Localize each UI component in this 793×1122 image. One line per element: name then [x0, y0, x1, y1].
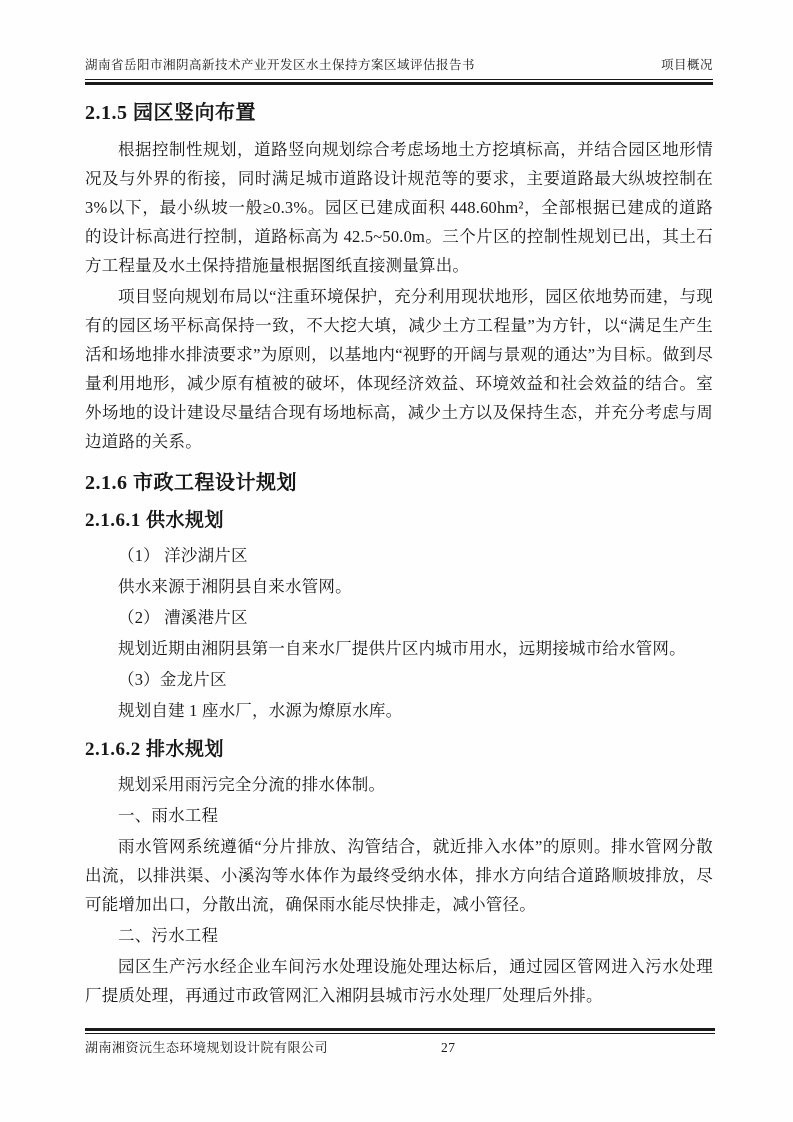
- subsection-heading: 2.1.6.1 供水规划: [85, 508, 713, 533]
- running-header: 湖南省岳阳市湘阴高新技术产业开发区水土保持方案区域评估报告书 项目概况: [85, 0, 713, 85]
- footer-rule: [85, 1028, 715, 1034]
- paragraph: 一、雨水工程: [85, 801, 713, 830]
- paragraph: 供水来源于湘阴县自来水管网。: [85, 572, 713, 601]
- paragraph: 二、污水工程: [85, 921, 713, 950]
- section-heading: 2.1.6 市政工程设计规划: [85, 470, 713, 496]
- paragraph: （1） 洋沙湖片区: [85, 541, 713, 570]
- paragraph: 雨水管网系统遵循“分片排放、沟管结合，就近排入水体”的原则。排水管网分散出流，以…: [85, 832, 713, 919]
- paragraph: （3）金龙片区: [85, 665, 713, 694]
- document-page: 湖南省岳阳市湘阴高新技术产业开发区水土保持方案区域评估报告书 项目概况 2.1.…: [0, 0, 793, 1122]
- paragraph: 规划自建 1 座水厂，水源为燎原水库。: [85, 696, 713, 725]
- document-body: 2.1.5 园区竖向布置根据控制性规划，道路竖向规划综合考虑场地土方挖填标高，并…: [85, 92, 713, 1012]
- subsection-heading: 2.1.6.2 排水规划: [85, 737, 713, 762]
- paragraph: 项目竖向规划布局以“注重环境保护，充分利用现状地形，园区依地势而建，与现有的园区…: [85, 282, 713, 456]
- footer-page-number: 27: [441, 1039, 456, 1056]
- header-rule: [85, 79, 713, 85]
- paragraph: 规划近期由湘阴县第一自来水厂提供片区内城市用水，远期接城市给水管网。: [85, 634, 713, 663]
- header-section-label: 项目概况: [661, 57, 713, 73]
- paragraph: 园区生产污水经企业车间污水处理设施处理达标后，通过园区管网进入污水处理厂提质处理…: [85, 952, 713, 1010]
- paragraph: 规划采用雨污完全分流的排水体制。: [85, 770, 713, 799]
- paragraph: 根据控制性规划，道路竖向规划综合考虑场地土方挖填标高，并结合园区地形情况及与外界…: [85, 135, 713, 280]
- paragraph: （2） 漕溪港片区: [85, 603, 713, 632]
- running-footer: 湖南湘资沅生态环境规划设计院有限公司 27: [85, 1028, 715, 1056]
- header-report-title: 湖南省岳阳市湘阴高新技术产业开发区水土保持方案区域评估报告书: [85, 57, 475, 73]
- section-heading: 2.1.5 园区竖向布置: [85, 100, 713, 126]
- footer-company-name: 湖南湘资沅生态环境规划设计院有限公司: [85, 1040, 328, 1055]
